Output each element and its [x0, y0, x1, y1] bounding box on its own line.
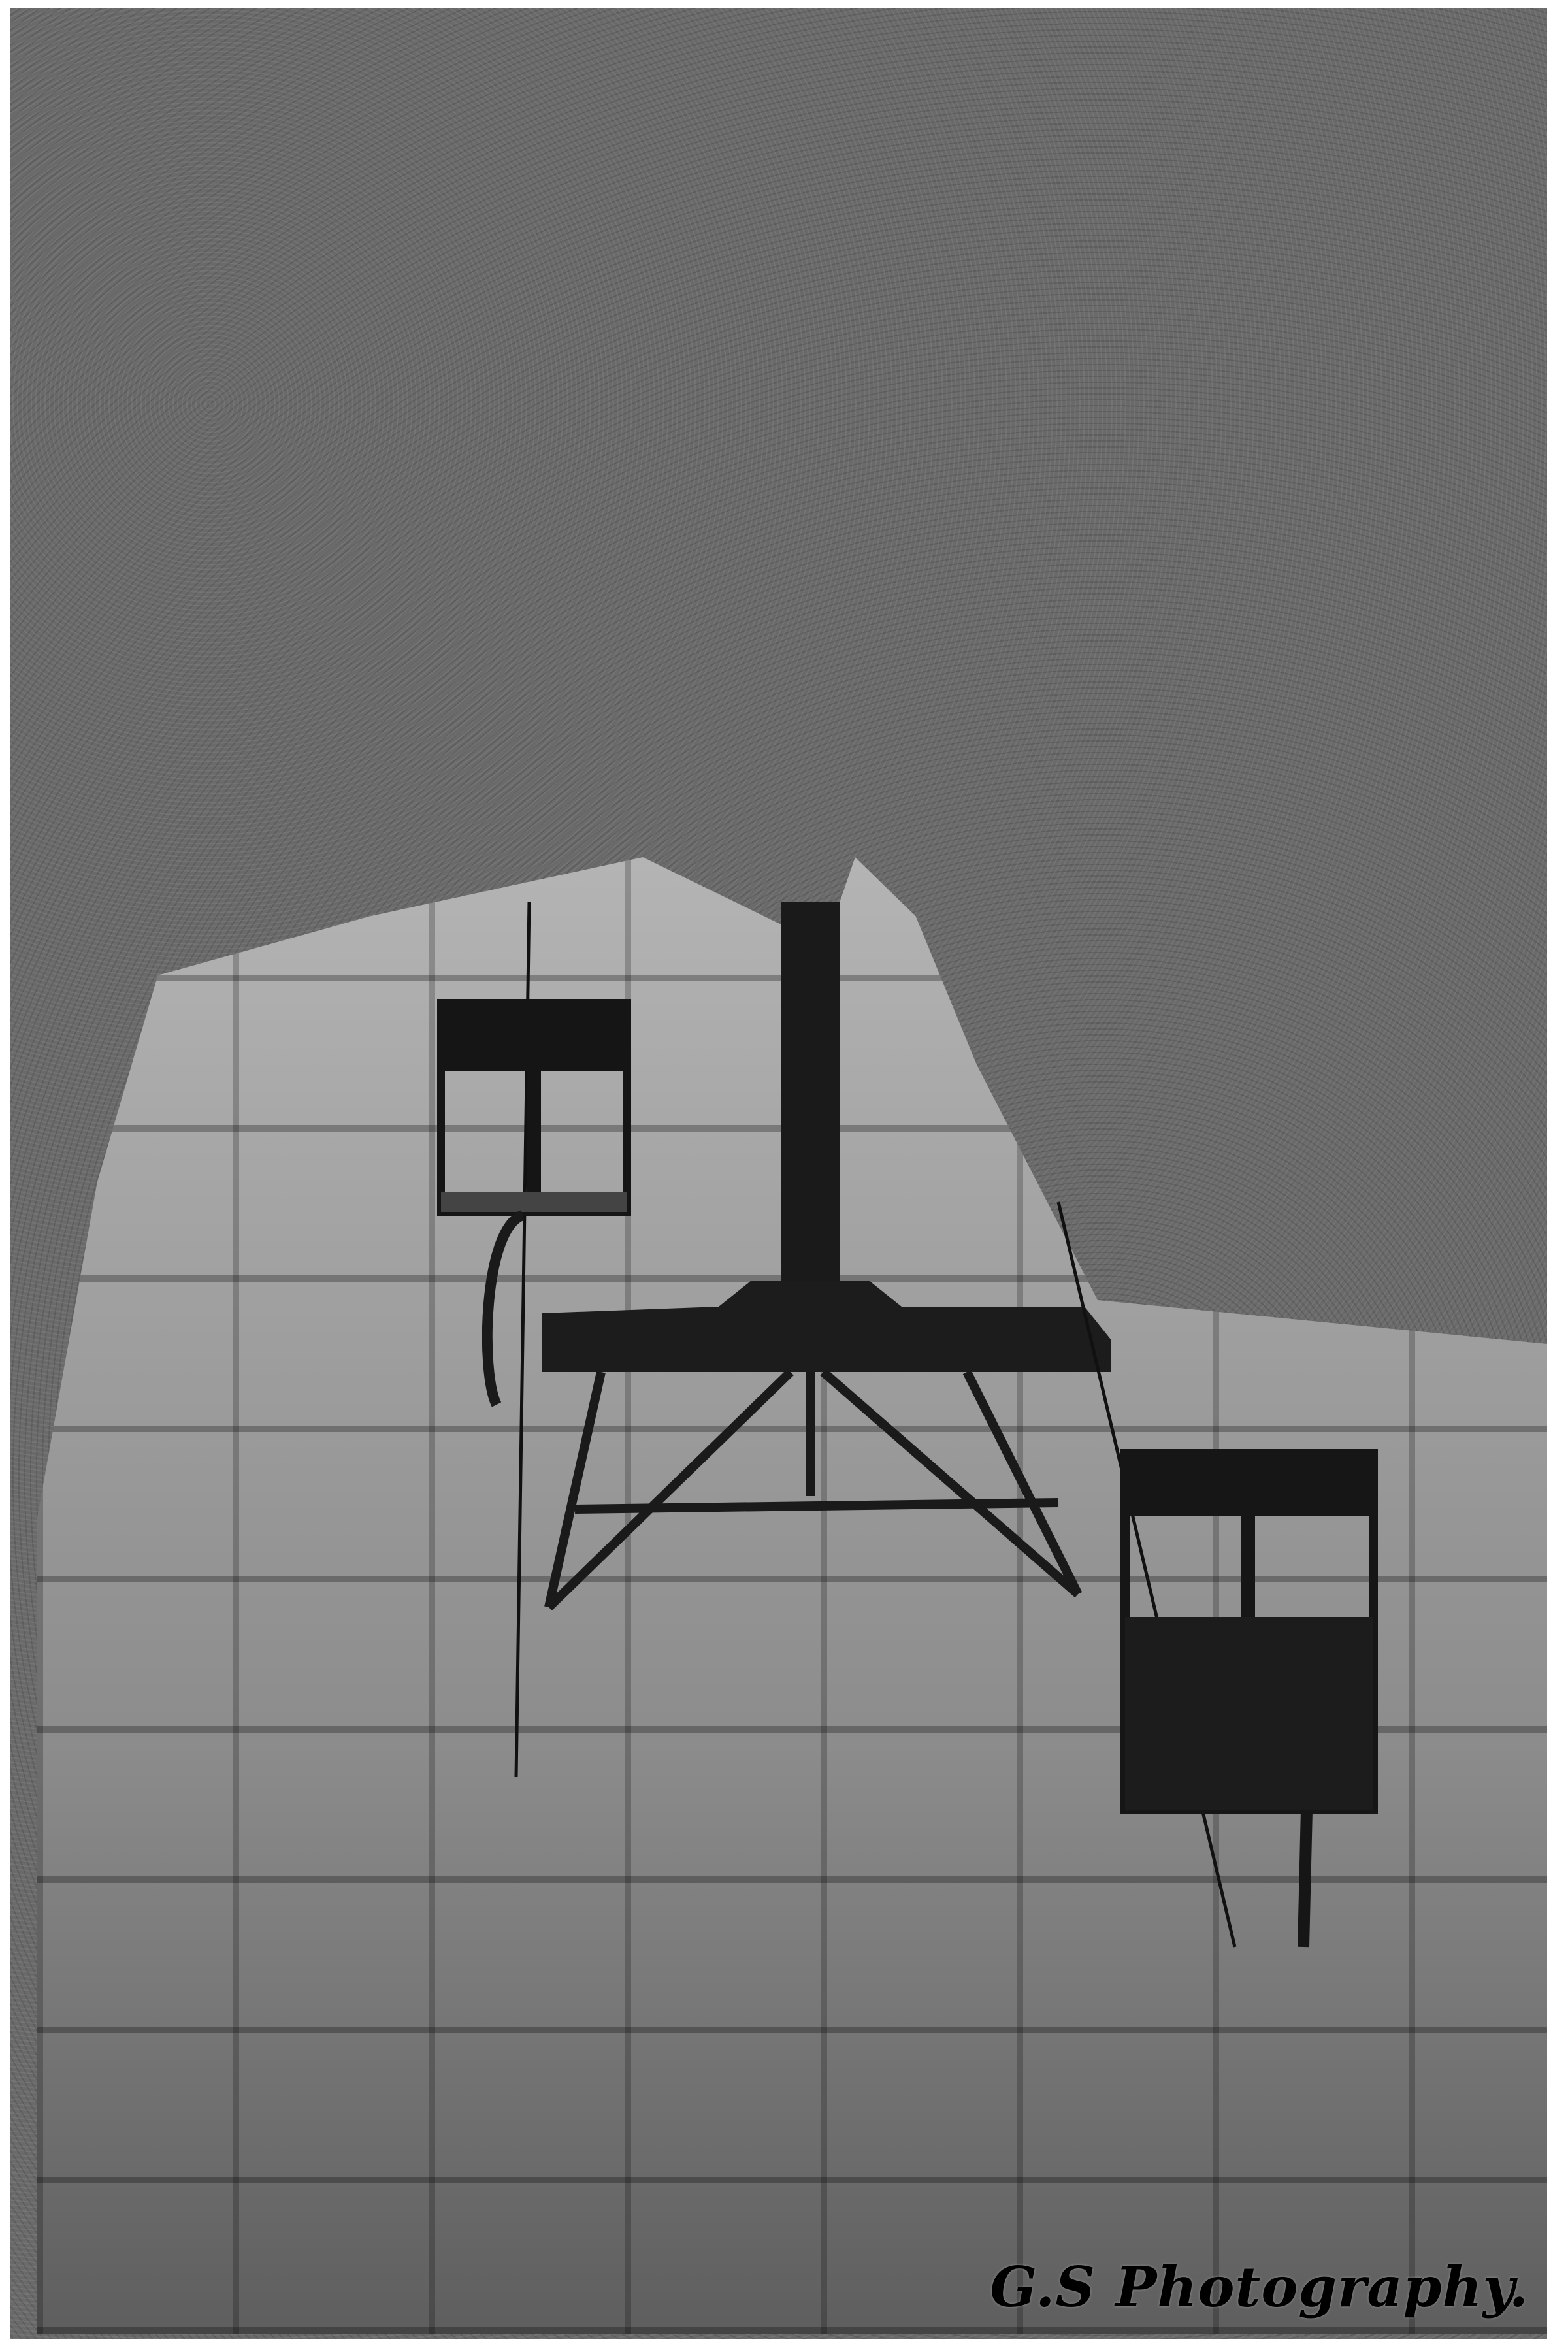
chairlift-chair-right	[1125, 1454, 1373, 1947]
tower-column	[781, 902, 840, 1294]
tower-aframe	[549, 1372, 1078, 1607]
tower-crossarm	[542, 1281, 1111, 1372]
photographer-watermark: G.S Photography.	[990, 2255, 1529, 2319]
chairlift-drawing	[0, 0, 1568, 2352]
